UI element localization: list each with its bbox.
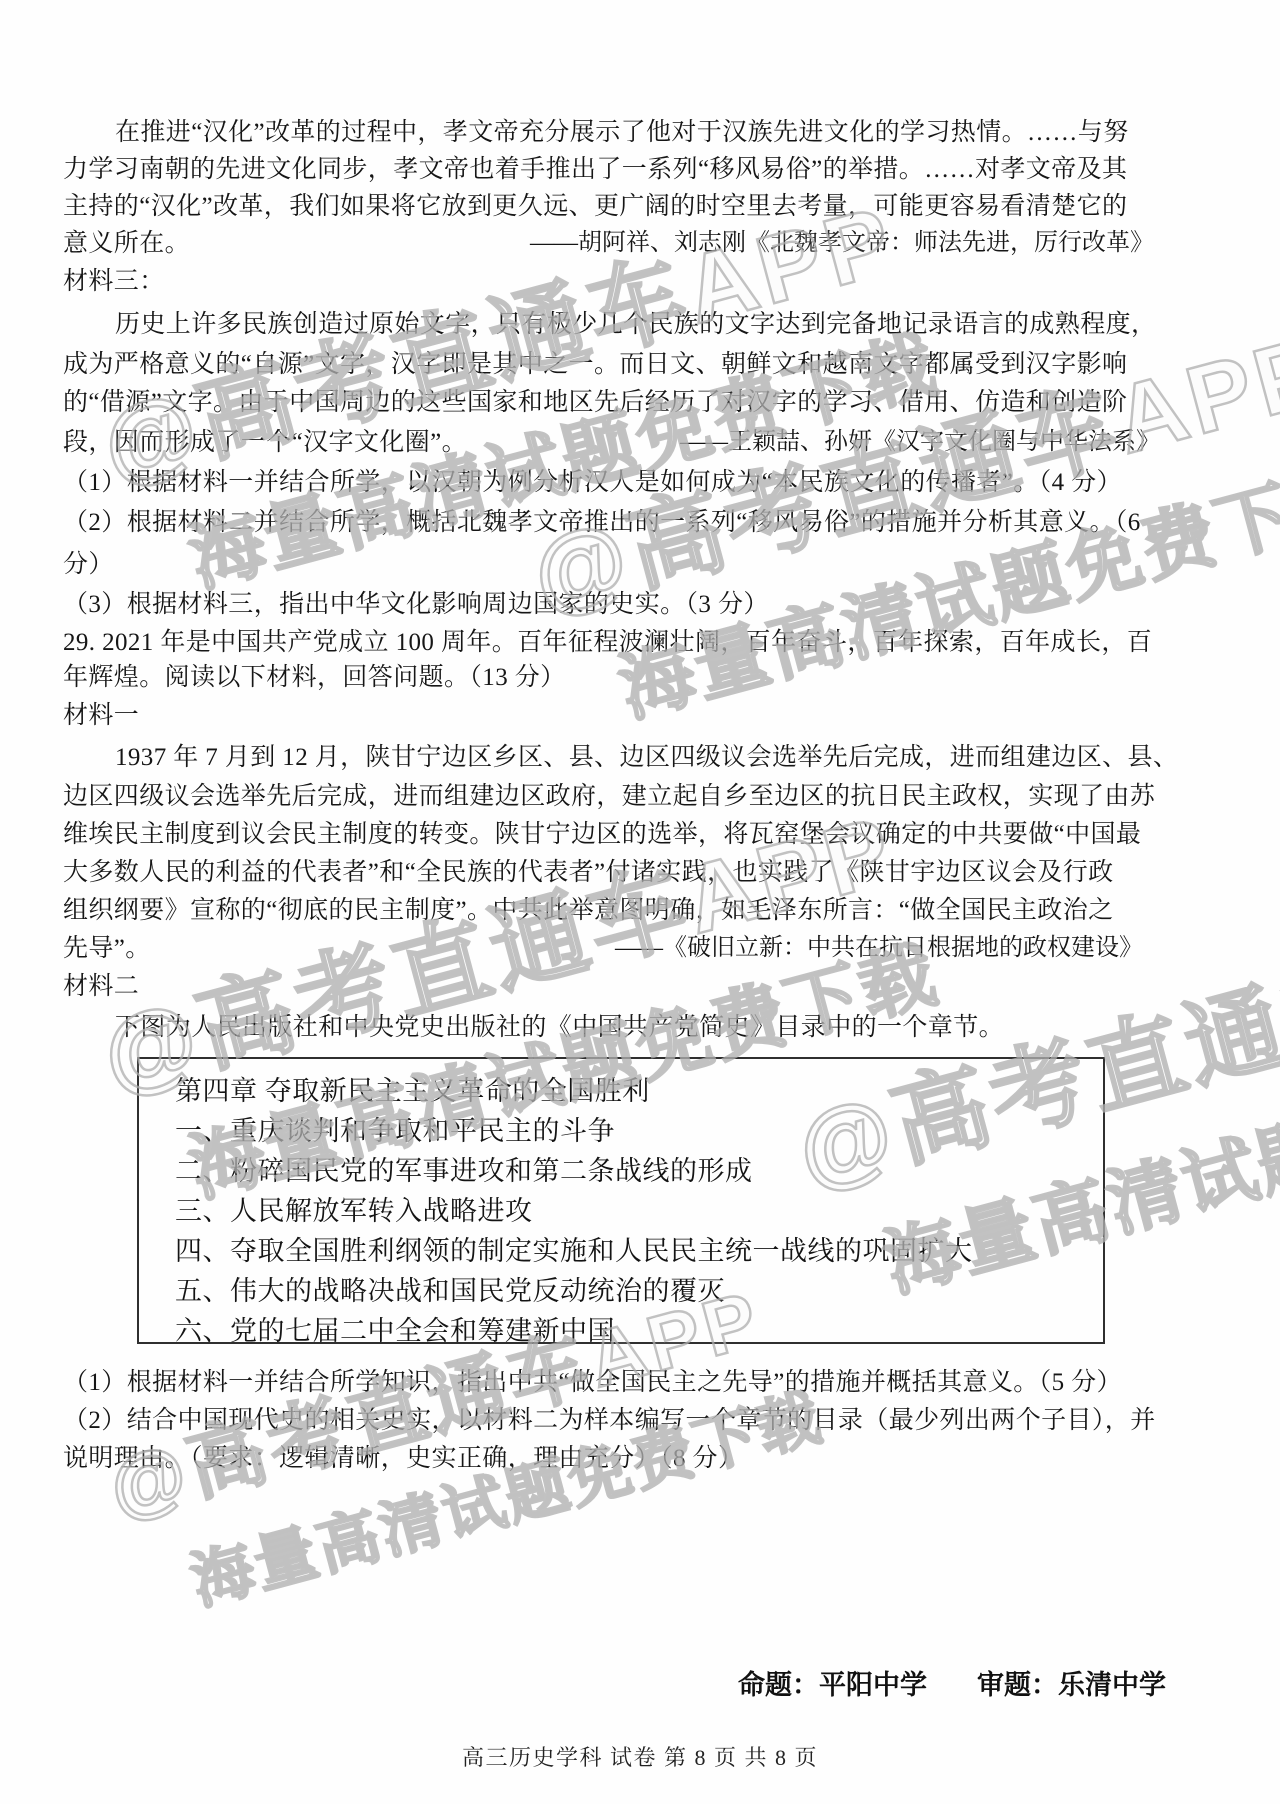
text-line: 下图为人民出版社和中央党史出版社的《中国共产党简史》目录中的一个章节。 xyxy=(115,1013,1004,1042)
question-line: （2）根据材料二并结合所学，概括北魏孝文帝推出的一系列“移风易俗”的措施并分析其… xyxy=(63,508,1141,537)
text-line: 的“借源”文字。由于中国周边的这些国家和地区先后经历了对汉字的学习、借用、仿造和… xyxy=(63,388,1127,417)
text-line: 边区四级议会选举先后完成，进而组建边区政府，建立起自乡至边区的抗日民主政权，实现… xyxy=(63,782,1155,811)
toc-item: 一、重庆谈判和争取和平民主的斗争 xyxy=(175,1111,1093,1151)
source-citation: ——王颖喆、孙妍《汉字文化圈与中华法系》 xyxy=(680,428,1160,457)
question-line: （1）根据材料一并结合所学，以汉朝为例分析汉人是如何成为“本民族文化的传播者”。… xyxy=(63,468,1122,497)
question-line: （3）根据材料三，指出中华文化影响周边国家的史实。（3 分） xyxy=(63,590,769,619)
question-line: 说明理由。（要求：逻辑清晰，史实正确，理由充分）（8 分） xyxy=(63,1444,743,1473)
text-line: 段，因而形成了一个“汉字文化圈”。 xyxy=(63,428,467,457)
toc-box: 第四章 夺取新民主主义革命的全国胜利 一、重庆谈判和争取和平民主的斗争 二、粉碎… xyxy=(137,1057,1105,1344)
watermark-app-text: @高考直通车APP xyxy=(515,291,1280,637)
toc-item: 六、党的七届二中全会和筹建新中国 xyxy=(175,1311,1093,1351)
question-line: （2）结合中国现代史的相关史实，以材料二为样本编写一个章节的目录（最少列出两个子… xyxy=(63,1406,1156,1435)
text-line: 主持的“汉化”改革，我们如果将它放到更久远、更广阔的时空里去考量，可能更容易看清… xyxy=(63,192,1127,221)
page-footer: 高三历史学科 试卷 第 8 页 共 8 页 xyxy=(63,1741,1217,1772)
text-line: 在推进“汉化”改革的过程中，孝文帝充分展示了他对于汉族先进文化的学习热情。……与… xyxy=(115,118,1129,147)
material-label: 材料三： xyxy=(63,267,165,296)
text-line: 1937 年 7 月到 12 月，陕甘宁边区乡区、县、边区四级议会选举先后完成，… xyxy=(115,743,1178,772)
source-citation: ——《破旧立新：中共在抗日根据地的政权建设》 xyxy=(615,934,1143,963)
toc-item: 五、伟大的战略决战和国民党反动统治的覆灭 xyxy=(175,1271,1093,1311)
text-line: 维埃民主制度到议会民主制度的转变。陕甘宁边区的选举，将瓦窑堡会议确定的中共要做“… xyxy=(63,820,1141,849)
question-intro-line: 年辉煌。阅读以下材料，回答问题。（13 分） xyxy=(63,663,566,692)
question-line: （1）根据材料一并结合所学知识，指出中共“做全国民主之先导”的措施并概括其意义。… xyxy=(63,1368,1122,1397)
source-citation: ——胡阿祥、刘志刚《北魏孝文帝：师法先进，厉行改革》 xyxy=(530,229,1154,258)
toc-item: 四、夺取全国胜利纲领的制定实施和人民民主统一战线的巩固扩大 xyxy=(175,1231,1093,1271)
toc-item: 二、粉碎国民党的军事进攻和第二条战线的形成 xyxy=(175,1151,1093,1191)
exam-page: @高考直通车APP 海量高清试题免费下载 @高考直通车APP 海量高清试题免费下… xyxy=(0,0,1280,1804)
material-label: 材料二 xyxy=(63,972,139,1001)
material-label: 材料一 xyxy=(63,701,139,730)
text-line: 意义所在。 xyxy=(63,229,190,258)
reviewer-label: 审题：乐清中学 xyxy=(977,1663,1166,1702)
question-intro-line: 29. 2021 年是中国共产党成立 100 周年。百年征程波澜壮阔，百年奋斗，… xyxy=(63,628,1152,657)
toc-title: 第四章 夺取新民主主义革命的全国胜利 xyxy=(175,1071,1093,1111)
question-line: 分） xyxy=(63,550,114,579)
credits-row: 命题：平阳中学 审题：乐清中学 xyxy=(738,1663,1166,1702)
toc-item: 三、人民解放军转入战略进攻 xyxy=(175,1191,1093,1231)
text-line: 成为严格意义的“自源”文字，汉字即是其中之一。而日文、朝鲜文和越南文字都属受到汉… xyxy=(63,350,1127,379)
text-line: 力学习南朝的先进文化同步，孝文帝也着手推出了一系列“移风易俗”的举措。……对孝文… xyxy=(63,155,1127,184)
text-line: 组织纲要》宣称的“彻底的民主制度”。中共此举意图明确，如毛泽东所言：“做全国民主… xyxy=(63,896,1114,925)
setter-label: 命题：平阳中学 xyxy=(738,1663,927,1702)
text-line: 先导”。 xyxy=(63,934,151,963)
text-line: 大多数人民的利益的代表者”和“全民族的代表者”付诸实践，也实践了《陕甘宇边区议会… xyxy=(63,858,1114,887)
text-line: 历史上许多民族创造过原始文字，只有极少几个民族的文字达到完备地记录语言的成熟程度… xyxy=(115,310,1156,339)
